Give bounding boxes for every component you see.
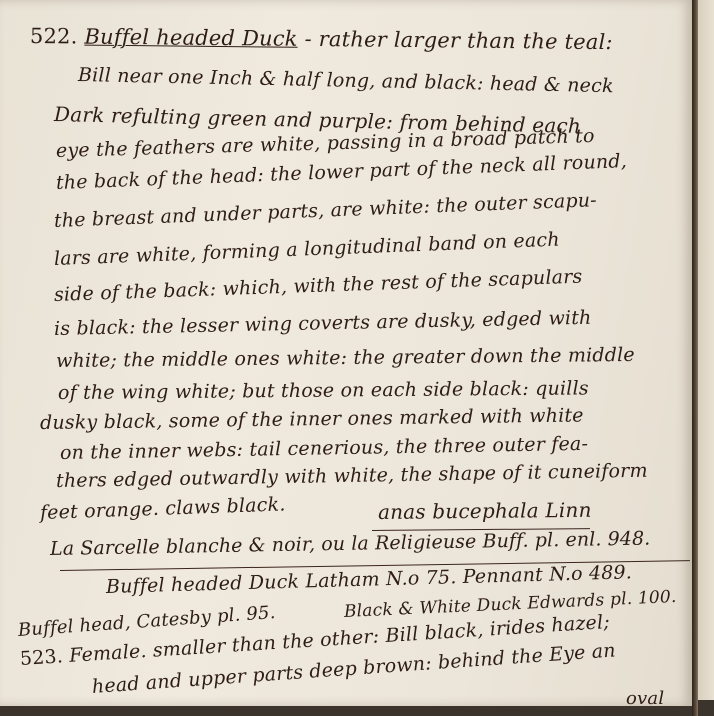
text-line: of the wing white; but those on each sid… [58, 377, 589, 404]
entry-title: Buffel headed Duck [84, 25, 297, 51]
text-line: on the inner webs: tail cenerious, the t… [60, 433, 588, 464]
entry-number: 523. [19, 645, 63, 670]
entry-title-suffix: - rather larger than the teal: [298, 27, 613, 54]
text-line: Bill near one Inch & half long, and blac… [78, 64, 614, 97]
text-line: thers edged outwardly with white, the sh… [56, 460, 648, 492]
text-line: dusky black, some of the inner ones mark… [40, 404, 584, 434]
french-name: La Sarcelle blanche & noir, ou la Religi… [50, 528, 651, 560]
manuscript-page: 522. Buffel headed Duck - rather larger … [0, 0, 692, 706]
text-line: the breast and under parts, are white: t… [54, 189, 598, 232]
entry-number: 522. [30, 24, 78, 48]
adjacent-page-edge [698, 0, 714, 700]
text-line: is black: the lesser wing coverts are du… [54, 307, 592, 340]
text-line: feet orange. claws black. [40, 493, 286, 524]
latin-name: anas bucephala Linn [378, 498, 592, 524]
text-line: white; the middle ones white: the greate… [56, 344, 635, 372]
entry-522-heading: 522. Buffel headed Duck - rather larger … [30, 24, 613, 54]
text-line: oval [626, 688, 664, 709]
text-line: lars are white, forming a longitudinal b… [54, 229, 561, 270]
text-line: side of the back: which, with the rest o… [54, 266, 583, 306]
